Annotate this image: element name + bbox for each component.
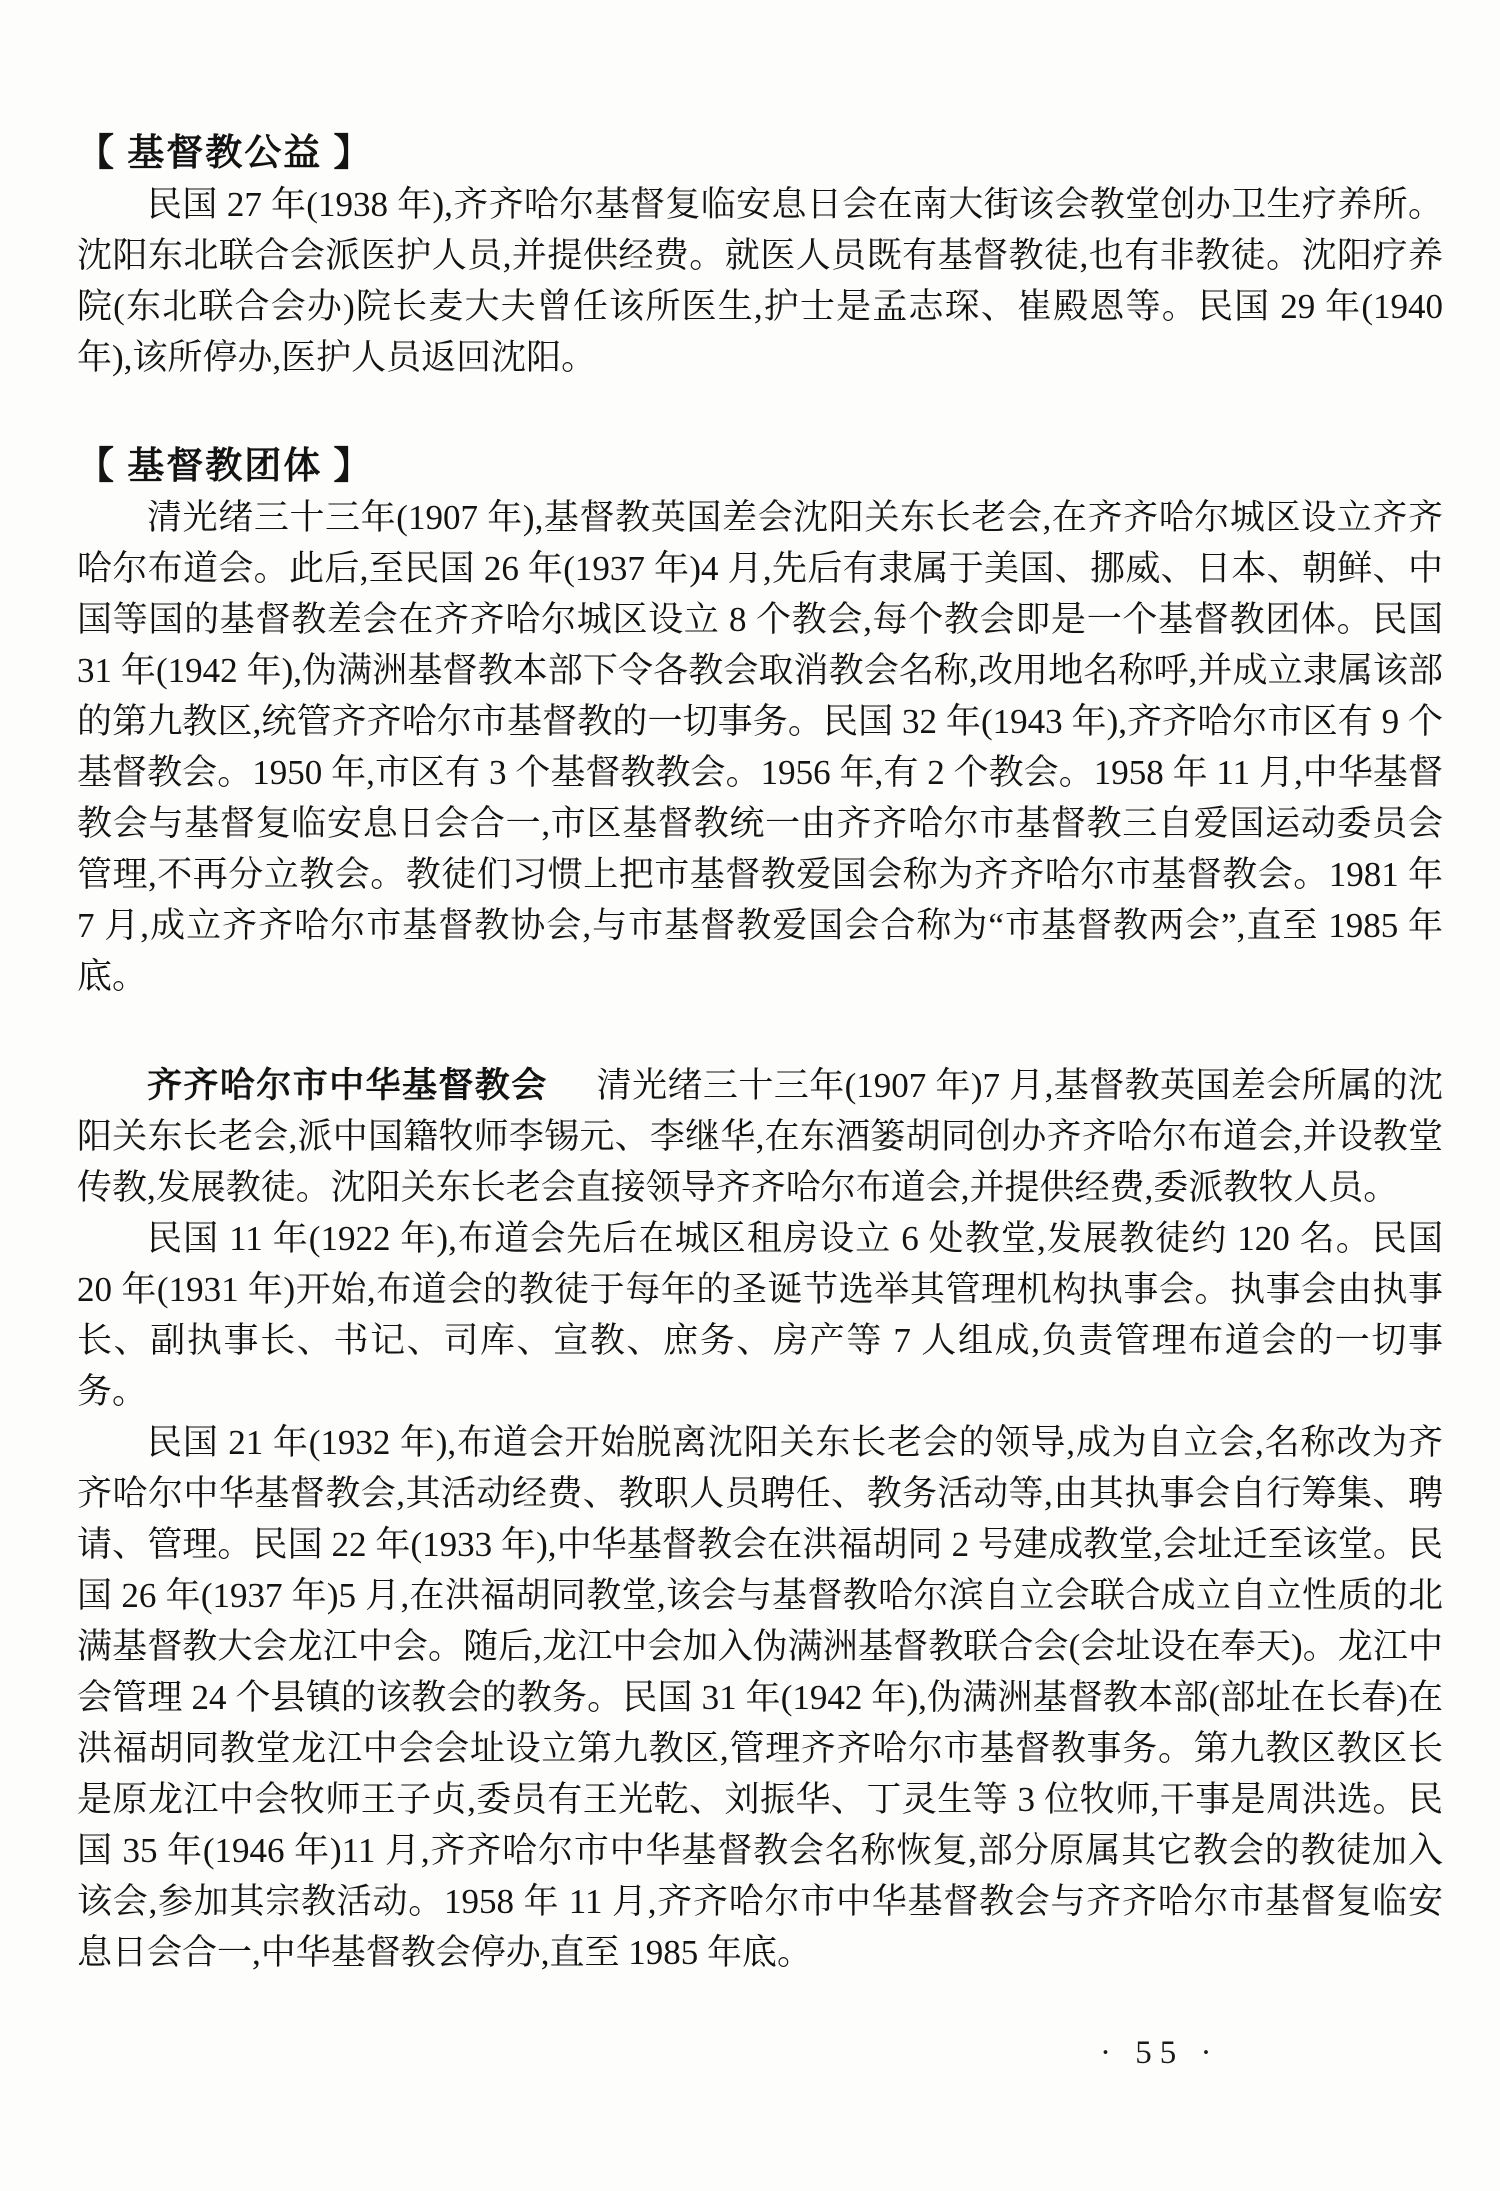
section-heading-christian-charity: 【 基督教公益 】 — [77, 128, 1443, 179]
entry-lead-paragraph: 齐齐哈尔市中华基督教会清光绪三十三年(1907 年)7 月,基督教英国差会所属的… — [77, 1060, 1443, 1213]
entry-title-church-name: 齐齐哈尔市中华基督教会 — [147, 1066, 548, 1105]
entry-paragraph-3: 民国 21 年(1932 年),布道会开始脱离沈阳关东长老会的领导,成为自立会,… — [77, 1417, 1443, 1978]
page-number: · 55 · — [1100, 2035, 1219, 2072]
page-content: 【 基督教公益 】 民国 27 年(1938 年),齐齐哈尔基督复临安息日会在南… — [77, 128, 1443, 1978]
entry-paragraph-2: 民国 11 年(1922 年),布道会先后在城区租房设立 6 处教堂,发展教徒约… — [77, 1213, 1443, 1417]
section-heading-christian-groups: 【 基督教团体 】 — [77, 441, 1443, 492]
paragraph-christian-charity: 民国 27 年(1938 年),齐齐哈尔基督复临安息日会在南大街该会教堂创办卫生… — [77, 179, 1443, 383]
paragraph-christian-groups: 清光绪三十三年(1907 年),基督教英国差会沈阳关东长老会,在齐齐哈尔城区设立… — [77, 492, 1443, 1002]
scanned-book-page: 【 基督教公益 】 民国 27 年(1938 年),齐齐哈尔基督复临安息日会在南… — [0, 0, 1500, 2191]
